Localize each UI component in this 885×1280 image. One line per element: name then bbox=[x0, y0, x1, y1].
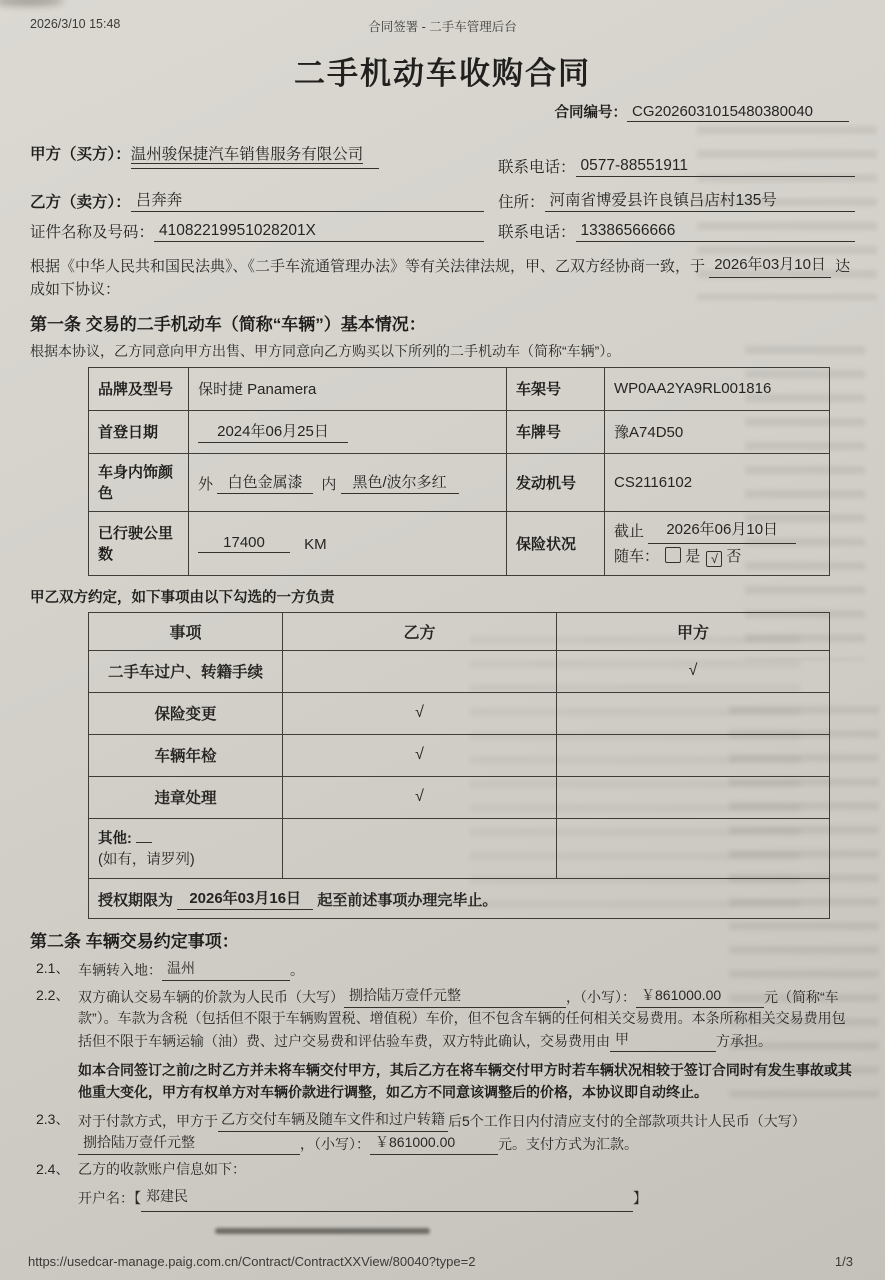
party-b-id-row: 证件名称及号码： 41082219951028201X 联系电话： 133865… bbox=[30, 220, 855, 242]
party-a-name: 温州骏保捷汽车销售服务有限公司 bbox=[131, 146, 364, 164]
photographed-contract-page: 2026/3/10 15:48 合同签署 - 二手车管理后台 二手机动车收购合同… bbox=[0, 0, 885, 1280]
table-row: 品牌及型号 保时捷 Panamera 车架号 WP0AA2YA9RL001816 bbox=[89, 367, 830, 410]
clause-2-3-text-1: 对于付款方式，甲方于 bbox=[78, 1113, 218, 1129]
preamble-text-pre: 根据《中华人民共和国民法典》、《二手车流通管理办法》等有关法律法规，甲、乙双方经… bbox=[30, 258, 705, 275]
item-annual-inspection: 车辆年检 bbox=[89, 734, 283, 776]
item-other-label: 其他: bbox=[98, 831, 132, 847]
fee-bearer-value: 甲 bbox=[610, 1029, 716, 1052]
mileage-label: 已行驶公里数 bbox=[89, 511, 189, 575]
check-transfer-b bbox=[283, 650, 557, 692]
insurance-until-line: 截止 2026年06月10日 bbox=[614, 517, 820, 545]
color-exterior-value: 白色金属漆 bbox=[217, 471, 313, 494]
party-a-name-underline: 温州骏保捷汽车销售服务有限公司 bbox=[131, 142, 379, 169]
check-insurance-a bbox=[557, 692, 830, 734]
mileage-value: 17400 bbox=[198, 534, 290, 553]
section1-intro: 根据本协议，乙方同意向甲方出售、甲方同意向乙方购买以下所列的二手机动车（简称“车… bbox=[30, 341, 855, 361]
insurance-until-date: 2026年06月10日 bbox=[648, 517, 796, 545]
print-timestamp: 2026/3/10 15:48 bbox=[30, 17, 250, 35]
authorization-cell: 授权期限为 2026年03月16日 起至前述事项办理完毕止。 bbox=[89, 878, 830, 918]
color-cell: 外 白色金属漆 内 黑色/波尔多红 bbox=[189, 453, 507, 511]
party-a-phone-label: 联系电话： bbox=[498, 155, 576, 177]
checkbox-yes-label: 是 bbox=[685, 548, 700, 565]
table-row: 车辆年检 √ bbox=[89, 734, 830, 776]
header-item: 事项 bbox=[89, 612, 283, 650]
plate-label: 车牌号 bbox=[507, 410, 605, 453]
table-row: 已行驶公里数 17400 KM 保险状况 截止 2026年06月10日 随车： … bbox=[89, 511, 830, 575]
contract-number-line: 合同编号：CG2026031015480380040 bbox=[30, 101, 855, 122]
vin-label: 车架号 bbox=[507, 367, 605, 410]
table-row: 违章处理 √ bbox=[89, 776, 830, 818]
clause-2-2-body: 双方确认交易车辆的价款为人民币（大写）捌拾陆万壹仟元整，（小写）：￥861000… bbox=[78, 985, 855, 1104]
engine-value: CS2116102 bbox=[605, 453, 830, 511]
check-violation-a bbox=[557, 776, 830, 818]
print-header-spacer bbox=[635, 17, 855, 35]
clause-2-4: 2.4、 乙方的收款账户信息如下： 开户名：【郑建民】 bbox=[30, 1159, 855, 1212]
item-violation-handling: 违章处理 bbox=[89, 776, 283, 818]
insurance-label: 保险状况 bbox=[507, 511, 605, 575]
account-holder-line: 开户名：【郑建民】 bbox=[78, 1183, 853, 1212]
account-holder-label: 开户名：【 bbox=[78, 1190, 141, 1206]
mileage-cell: 17400 KM bbox=[189, 511, 507, 575]
mileage-unit: KM bbox=[304, 536, 327, 553]
insurance-with-label: 随车： bbox=[614, 548, 659, 565]
party-b-name: 吕奔奔 bbox=[131, 188, 484, 212]
clause-2-3-number: 2.3、 bbox=[30, 1109, 78, 1155]
checkbox-no-label: 否 bbox=[726, 548, 741, 565]
contract-number-label: 合同编号： bbox=[555, 105, 628, 121]
responsibility-note: 甲乙双方约定，如下事项由以下勾选的一方负责 bbox=[30, 586, 855, 607]
header-party-b: 乙方 bbox=[283, 612, 557, 650]
payment-condition-value: 乙方交付车辆及随车文件和过户转籍 bbox=[218, 1109, 448, 1132]
check-insurance-b: √ bbox=[283, 692, 557, 734]
vin-value: WP0AA2YA9RL001816 bbox=[605, 367, 830, 410]
item-insurance-change: 保险变更 bbox=[89, 692, 283, 734]
clause-2-4-number: 2.4、 bbox=[30, 1159, 78, 1212]
print-footer: https://usedcar-manage.paig.com.cn/Contr… bbox=[28, 1254, 853, 1269]
item-other: 其他: (如有，请罗列) bbox=[89, 818, 283, 878]
party-a-phone-value: 0577-88551911 bbox=[576, 157, 855, 177]
clause-2-2-text-1: 双方确认交易车辆的价款为人民币（大写） bbox=[78, 989, 344, 1005]
item-transfer: 二手车过户、转籍手续 bbox=[89, 650, 283, 692]
checkbox-with-vehicle-no: √ bbox=[706, 551, 722, 567]
clause-2-3-text-2: 后5个工作日内付清应支付的全部款项共计人民币（大写） bbox=[448, 1113, 806, 1129]
document-title: 二手机动车收购合同 bbox=[30, 48, 855, 93]
clause-2-4-text: 乙方的收款账户信息如下： bbox=[78, 1159, 853, 1180]
agreement-date: 2026年03月10日 bbox=[709, 253, 831, 278]
clause-2-3: 2.3、 对于付款方式，甲方于乙方交付车辆及随车文件和过户转籍后5个工作日内付清… bbox=[30, 1109, 855, 1155]
party-b-address-label: 住所： bbox=[498, 190, 545, 212]
check-inspection-b: √ bbox=[283, 734, 557, 776]
first-registration-label: 首登日期 bbox=[89, 410, 189, 453]
vehicle-info-table: 品牌及型号 保时捷 Panamera 车架号 WP0AA2YA9RL001816… bbox=[88, 367, 830, 576]
clause-2-3-body: 对于付款方式，甲方于乙方交付车辆及随车文件和过户转籍后5个工作日内付清应支付的全… bbox=[78, 1109, 855, 1155]
party-b-label: 乙方（卖方）： bbox=[30, 190, 131, 212]
party-b-cell: 乙方（卖方）： 吕奔奔 bbox=[30, 188, 498, 212]
check-inspection-a bbox=[557, 734, 830, 776]
check-other-a bbox=[557, 818, 830, 878]
clause-2-3-text-4: 元。支付方式为汇款。 bbox=[498, 1136, 638, 1152]
first-registration-cell: 2024年06月25日 bbox=[189, 410, 507, 453]
payment-amount-words: 捌拾陆万壹仟元整 bbox=[78, 1132, 300, 1155]
color-interior-prefix: 内 bbox=[321, 476, 336, 493]
clause-2-1: 2.1、 车辆转入地：温州。 bbox=[30, 958, 855, 981]
color-exterior-prefix: 外 bbox=[198, 476, 213, 493]
table-row: 车身内饰颜色 外 白色金属漆 内 黑色/波尔多红 发动机号 CS2116102 bbox=[89, 453, 830, 511]
party-b-phone-cell: 联系电话： 13386566666 bbox=[498, 220, 855, 242]
responsibility-table: 事项 乙方 甲方 二手车过户、转籍手续 √ 保险变更 √ 车辆年检 √ 违章处理 bbox=[88, 612, 830, 919]
party-b-phone-value: 13386566666 bbox=[576, 222, 855, 242]
party-a-row: 甲方（买方）： 温州骏保捷汽车销售服务有限公司 联系电话： 0577-88551… bbox=[30, 142, 855, 177]
table-row: 其他: (如有，请罗列) bbox=[89, 818, 830, 878]
insurance-cell: 截止 2026年06月10日 随车： 是 √否 bbox=[605, 511, 830, 575]
insurance-with-line: 随车： 是 √否 bbox=[614, 544, 820, 570]
print-page-title: 合同签署 - 二手车管理后台 bbox=[250, 17, 635, 35]
contract-document: 2026/3/10 15:48 合同签署 - 二手车管理后台 二手机动车收购合同… bbox=[0, 0, 885, 1280]
table-row: 二手车过户、转籍手续 √ bbox=[89, 650, 830, 692]
table-row: 首登日期 2024年06月25日 车牌号 豫A74D50 bbox=[89, 410, 830, 453]
section1-heading: 第一条 交易的二手机动车（简称“车辆”）基本情况： bbox=[30, 310, 855, 335]
checkbox-with-vehicle-yes bbox=[665, 547, 681, 563]
party-b-id-label: 证件名称及号码： bbox=[30, 220, 154, 242]
engine-label: 发动机号 bbox=[507, 453, 605, 511]
table-header-row: 事项 乙方 甲方 bbox=[89, 612, 830, 650]
table-row: 保险变更 √ bbox=[89, 692, 830, 734]
price-in-words: 捌拾陆万壹仟元整 bbox=[344, 985, 566, 1008]
preamble: 根据《中华人民共和国民法典》、《二手车流通管理办法》等有关法律法规，甲、乙双方经… bbox=[30, 253, 855, 302]
clause-2-2: 2.2、 双方确认交易车辆的价款为人民币（大写）捌拾陆万壹仟元整，（小写）：￥8… bbox=[30, 985, 855, 1104]
price-adjustment-clause: 如本合同签订之前/之时乙方并未将车辆交付甲方，其后乙方在将车辆交付甲方时若车辆状… bbox=[78, 1059, 853, 1104]
clause-2-1-period: 。 bbox=[290, 962, 304, 978]
authorization-row: 授权期限为 2026年03月16日 起至前述事项办理完毕止。 bbox=[89, 878, 830, 918]
footer-url: https://usedcar-manage.paig.com.cn/Contr… bbox=[28, 1254, 835, 1269]
clause-2-2-number: 2.2、 bbox=[30, 985, 78, 1104]
plate-value: 豫A74D50 bbox=[605, 410, 830, 453]
clause-2-1-number: 2.1、 bbox=[30, 958, 78, 981]
clause-2-2-text-4: 方承担。 bbox=[716, 1033, 772, 1049]
first-registration-value: 2024年06月25日 bbox=[198, 420, 348, 443]
clause-2-1-body: 车辆转入地：温州。 bbox=[78, 958, 855, 981]
price-in-figures: ￥861000.00 bbox=[636, 985, 764, 1008]
party-a-label: 甲方（买方）： bbox=[30, 142, 131, 164]
party-b-address-value: 河南省博爱县许良镇吕店村135号 bbox=[545, 188, 855, 212]
authorization-pre: 授权期限为 bbox=[98, 892, 173, 909]
account-holder-close-bracket: 】 bbox=[633, 1190, 647, 1206]
header-party-a: 甲方 bbox=[557, 612, 830, 650]
authorization-post: 起至前述事项办理完毕止。 bbox=[317, 892, 497, 909]
transfer-city-value: 温州 bbox=[162, 958, 290, 981]
color-interior-value: 黑色/波尔多红 bbox=[341, 471, 459, 494]
section2-heading: 第二条 车辆交易约定事项： bbox=[30, 927, 855, 952]
account-holder-name: 郑建民 bbox=[141, 1183, 633, 1212]
check-violation-b: √ bbox=[283, 776, 557, 818]
clause-2-3-text-3: ，（小写）： bbox=[300, 1136, 370, 1152]
payment-amount-figures: ￥861000.00 bbox=[370, 1132, 498, 1155]
party-b-id-cell: 证件名称及号码： 41082219951028201X bbox=[30, 220, 498, 242]
brand-value: 保时捷 Panamera bbox=[189, 367, 507, 410]
other-blank-line bbox=[136, 831, 152, 843]
authorization-date: 2026年03月16日 bbox=[177, 887, 313, 910]
print-header: 2026/3/10 15:48 合同签署 - 二手车管理后台 bbox=[30, 0, 855, 35]
party-b-phone-label: 联系电话： bbox=[498, 220, 576, 242]
check-other-b bbox=[283, 818, 557, 878]
check-transfer-a: √ bbox=[557, 650, 830, 692]
clause-2-2-text-2: ，（小写）： bbox=[566, 989, 636, 1005]
clause-2-1-text: 车辆转入地： bbox=[78, 962, 162, 978]
party-b-address-cell: 住所： 河南省博爱县许良镇吕店村135号 bbox=[498, 188, 855, 212]
color-label: 车身内饰颜色 bbox=[89, 453, 189, 511]
contract-number-value: CG2026031015480380040 bbox=[627, 103, 849, 122]
brand-label: 品牌及型号 bbox=[89, 367, 189, 410]
party-a-phone-cell: 联系电话： 0577-88551911 bbox=[498, 155, 855, 177]
insurance-until-prefix: 截止 bbox=[614, 523, 644, 540]
item-other-note: (如有，请罗列) bbox=[98, 848, 273, 869]
party-b-id-value: 41082219951028201X bbox=[154, 222, 484, 242]
party-a-cell: 甲方（买方）： 温州骏保捷汽车销售服务有限公司 bbox=[30, 142, 498, 169]
party-b-row: 乙方（卖方）： 吕奔奔 住所： 河南省博爱县许良镇吕店村135号 bbox=[30, 188, 855, 212]
footer-page-number: 1/3 bbox=[835, 1254, 853, 1269]
clause-2-4-body: 乙方的收款账户信息如下： 开户名：【郑建民】 bbox=[78, 1159, 855, 1212]
